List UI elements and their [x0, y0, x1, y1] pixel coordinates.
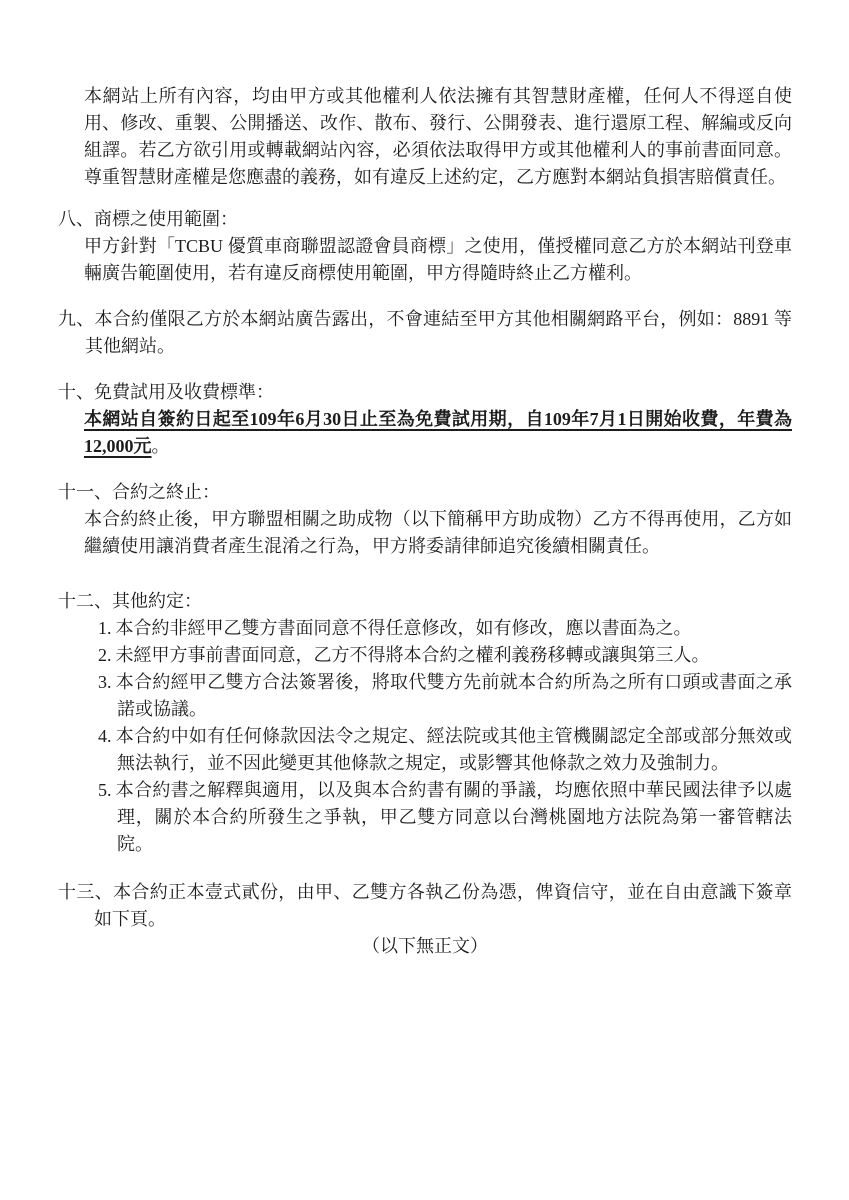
list-item: 3.本合約經甲乙雙方合法簽署後，將取代雙方先前就本合約所為之所有口頭或書面之承諾… — [98, 669, 792, 723]
clause-8: 八、商標之使用範圍： 甲方針對「TCBU 優質車商聯盟認證會員商標」之使用，僅授… — [58, 206, 792, 287]
clause-12-number: 十二、 — [58, 591, 112, 611]
clause-13-number: 十三、 — [58, 882, 113, 902]
clause-8-heading: 八、商標之使用範圍： — [58, 206, 792, 233]
clause-11: 十一、合約之終止： 本合約終止後，甲方聯盟相關之助成物（以下簡稱甲方助成物）乙方… — [58, 479, 792, 560]
contract-page: 本網站上所有內容，均由甲方或其他權利人依法擁有其智慧財產權，任何人不得逕自使用、… — [0, 0, 849, 1200]
clause-8-body: 甲方針對「TCBU 優質車商聯盟認證會員商標」之使用，僅授權同意乙方於本網站刊登… — [84, 233, 792, 287]
list-item: 5.本合約書之解釋與適用，以及與本合約書有關的爭議，均應依照中華民國法律予以處理… — [98, 777, 792, 858]
list-item-text: 本合約中如有任何條款因法令之規定、經法院或其他主管機關認定全部或部分無效或無法執… — [116, 726, 793, 773]
list-item: 4.本合約中如有任何條款因法令之規定、經法院或其他主管機關認定全部或部分無效或無… — [98, 723, 792, 777]
clause-9-number: 九、 — [58, 309, 95, 329]
list-item-number: 4. — [98, 726, 112, 746]
list-item-text: 本合約非經甲乙雙方書面同意不得任意修改，如有修改，應以書面為之。 — [116, 618, 692, 638]
clause-8-title: 商標之使用範圍： — [94, 209, 238, 229]
clause-12-list: 1.本合約非經甲乙雙方書面同意不得任意修改，如有修改，應以書面為之。 2.未經甲… — [98, 615, 792, 858]
list-item-text: 本合約經甲乙雙方合法簽署後，將取代雙方先前就本合約所為之所有口頭或書面之承諾或協… — [116, 672, 793, 719]
clause-11-title: 合約之終止： — [112, 482, 220, 502]
list-item: 2.未經甲方事前書面同意，乙方不得將本合約之權利義務移轉或讓與第三人。 — [98, 642, 792, 669]
list-item-text: 未經甲方事前書面同意，乙方不得將本合約之權利義務移轉或讓與第三人。 — [116, 645, 710, 665]
clause-11-heading: 十一、合約之終止： — [58, 479, 792, 506]
clause-13: 十三、本合約正本壹式貳份，由甲、乙雙方各執乙份為憑，俾資信守，並在自由意識下簽章… — [58, 879, 792, 933]
list-item-number: 1. — [98, 618, 112, 638]
clause-9: 九、本合約僅限乙方於本網站廣告露出，不會連結至甲方其他相關網路平台，例如：889… — [58, 306, 792, 360]
list-item-number: 5. — [98, 780, 112, 800]
clause-13-paragraph: 十三、本合約正本壹式貳份，由甲、乙雙方各執乙份為憑，俾資信守，並在自由意識下簽章… — [58, 879, 792, 933]
clause-12-title: 其他約定： — [112, 591, 202, 611]
list-item-text: 本合約書之解釋與適用，以及與本合約書有關的爭議，均應依照中華民國法律予以處理，關… — [116, 780, 793, 854]
clause-10-emphasized-text: 本網站自簽約日起至109年6月30日止至為免費試用期，自109年7月1日開始收費… — [84, 409, 792, 456]
clause-10-title: 免費試用及收費標準： — [94, 382, 274, 402]
clause-11-number: 十一、 — [58, 482, 112, 502]
clause-9-paragraph: 九、本合約僅限乙方於本網站廣告露出，不會連結至甲方其他相關網路平台，例如：889… — [58, 306, 792, 360]
list-item-number: 3. — [98, 672, 112, 692]
clause-8-number: 八、 — [58, 209, 94, 229]
contract-content: 本網站上所有內容，均由甲方或其他權利人依法擁有其智慧財產權，任何人不得逕自使用、… — [58, 83, 792, 960]
list-item-number: 2. — [98, 645, 112, 665]
no-further-text-note: （以下無正文） — [58, 933, 792, 960]
clause-12-heading: 十二、其他約定： — [58, 588, 792, 615]
clause-12: 十二、其他約定： 1.本合約非經甲乙雙方書面同意不得任意修改，如有修改，應以書面… — [58, 588, 792, 858]
clause-13-body: 本合約正本壹式貳份，由甲、乙雙方各執乙份為憑，俾資信守，並在自由意識下簽章如下頁… — [94, 882, 792, 929]
clause-11-body: 本合約終止後，甲方聯盟相關之助成物（以下簡稱甲方助成物）乙方不得再使用，乙方如繼… — [84, 506, 792, 560]
clause-10-heading: 十、免費試用及收費標準： — [58, 379, 792, 406]
clause-9-body: 本合約僅限乙方於本網站廣告露出，不會連結至甲方其他相關網路平台，例如：8891 … — [85, 309, 792, 356]
clause-10-body: 本網站自簽約日起至109年6月30日止至為免費試用期，自109年7月1日開始收費… — [84, 406, 792, 460]
intro-paragraph: 本網站上所有內容，均由甲方或其他權利人依法擁有其智慧財產權，任何人不得逕自使用、… — [84, 83, 792, 191]
list-item: 1.本合約非經甲乙雙方書面同意不得任意修改，如有修改，應以書面為之。 — [98, 615, 792, 642]
clause-10-number: 十、 — [58, 382, 94, 402]
clause-10: 十、免費試用及收費標準： 本網站自簽約日起至109年6月30日止至為免費試用期，… — [58, 379, 792, 460]
clause-10-suffix: 。 — [152, 436, 170, 456]
